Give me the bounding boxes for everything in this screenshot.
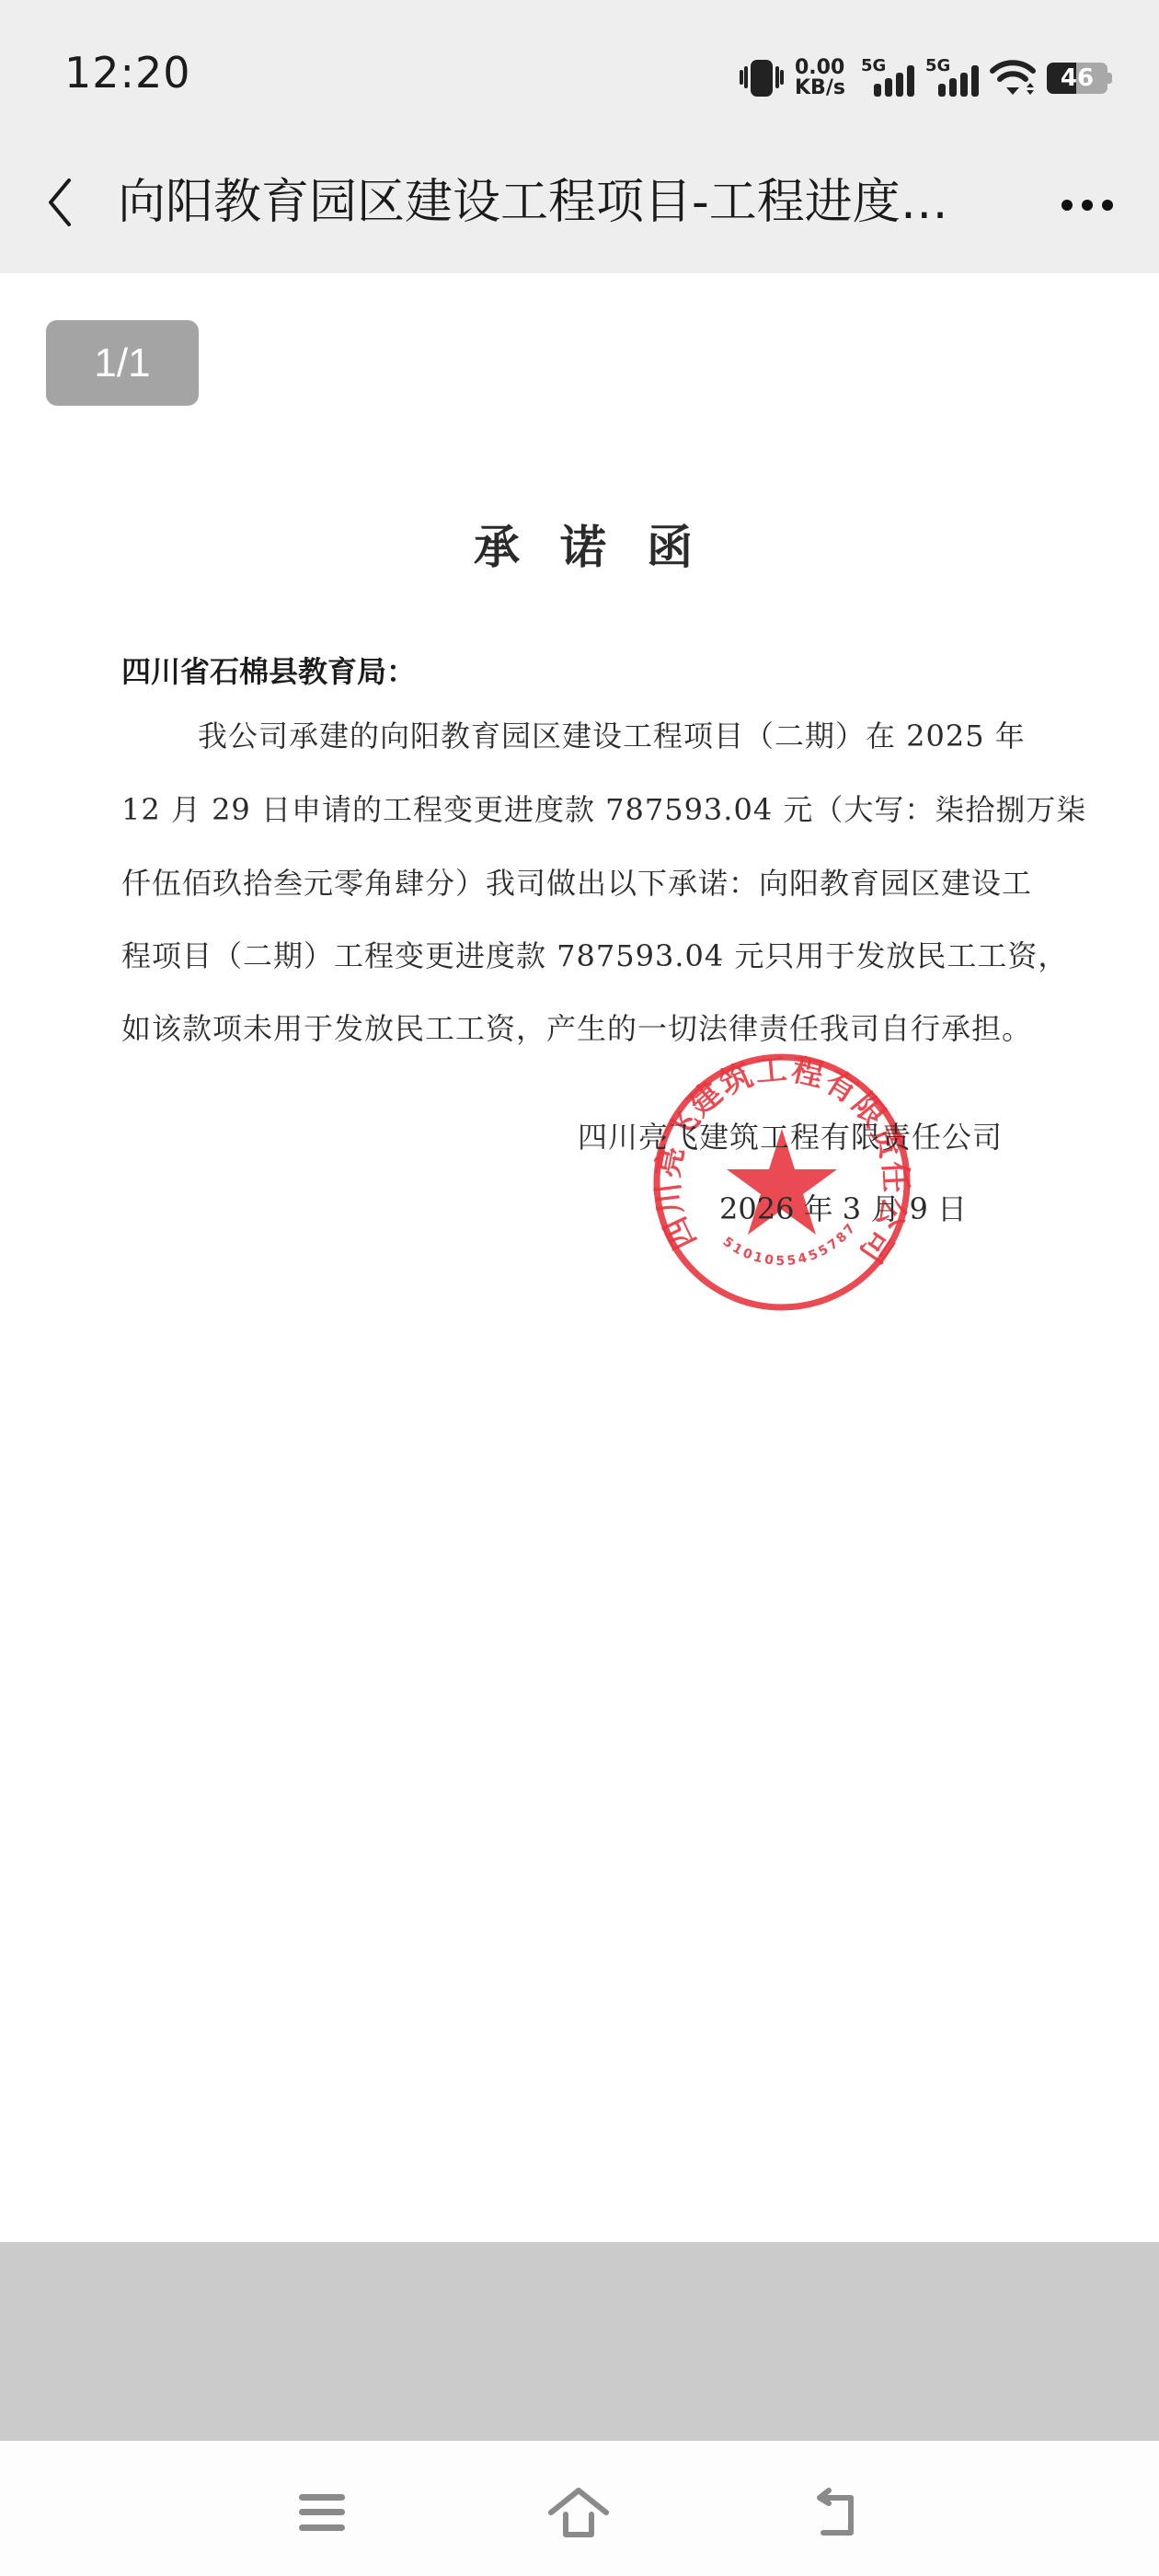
chevron-left-icon xyxy=(45,175,75,230)
network-speed-value: 0.00 xyxy=(795,58,850,78)
menu-icon xyxy=(297,2490,347,2535)
viewer-bottom-area xyxy=(0,2242,1159,2441)
home-icon xyxy=(547,2487,610,2538)
home-button[interactable] xyxy=(546,2485,611,2540)
signal-5g-icon: 5G xyxy=(925,56,979,100)
back-icon xyxy=(810,2487,860,2538)
document-viewer[interactable]: 1/1 承诺函 四川省石棉县教育局： 我公司承建的向阳教育园区建设工程项目（二期… xyxy=(0,273,1159,2242)
system-nav-bar xyxy=(0,2441,1159,2576)
back-nav-button[interactable] xyxy=(803,2485,867,2540)
back-button[interactable] xyxy=(37,170,83,235)
more-horizontal-icon xyxy=(1061,200,1113,211)
company-seal-icon: 四川亮飞建筑工程有限责任公司 5101055455787 xyxy=(644,1044,920,1320)
document-title: 承诺函 xyxy=(0,511,1159,577)
body-line: 如该款项未用于发放民工工资，产生的一切法律责任我司自行承担。 xyxy=(121,1006,1089,1048)
page-indicator: 1/1 xyxy=(46,320,199,406)
status-time: 12:20 xyxy=(64,48,191,98)
recent-apps-button[interactable] xyxy=(290,2485,354,2540)
body-line: 12 月 29 日申请的工程变更进度款 787593.04 元（大写：柒拾捌万柒 xyxy=(121,787,1089,829)
battery-level: 46 xyxy=(1047,63,1107,94)
body-line: 程项目（二期）工程变更进度款 787593.04 元只用于发放民工工资， xyxy=(121,933,1089,975)
signature-date: 2026 年 3 月 9 日 xyxy=(719,1186,967,1228)
network-speed-unit: KB/s xyxy=(795,78,850,98)
network-speed: 0.00 KB/s xyxy=(795,58,850,98)
body-line: 仟伍佰玖拾叁元零角肆分）我司做出以下承诺：向阳教育园区建设工 xyxy=(121,860,1089,903)
vibrate-icon xyxy=(740,58,784,98)
top-bar: 12:20 0.00 KB/s 5G 5G xyxy=(0,0,1159,273)
wifi-icon xyxy=(990,58,1036,98)
battery-icon: 46 xyxy=(1047,63,1113,94)
signal-5g-icon: 5G xyxy=(861,56,914,100)
status-icons: 0.00 KB/s 5G 5G 46 xyxy=(740,55,1113,101)
recipient: 四川省石棉县教育局： xyxy=(121,649,416,691)
signature-company: 四川亮飞建筑工程有限责任公司 xyxy=(578,1114,1003,1156)
body-line: 我公司承建的向阳教育园区建设工程项目（二期）在 2025 年 xyxy=(198,713,1159,755)
more-button[interactable] xyxy=(1050,184,1124,226)
page-title: 向阳教育园区建设工程项目-工程进度… xyxy=(118,175,992,230)
